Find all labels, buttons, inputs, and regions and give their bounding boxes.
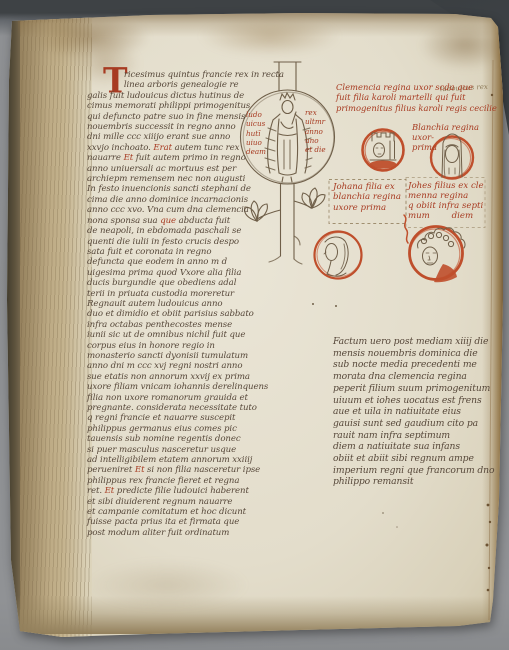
blanchia-label: Blanchia reginauxor-prima [412, 122, 478, 152]
book-binding-edge [7, 15, 22, 640]
king-label-left: ludouicushutīuiuodeam [246, 110, 274, 156]
parchment-stain [200, 16, 340, 56]
johanna-caption-block: Johana filia exblanchia reginauxore prim… [333, 182, 407, 213]
photo-of-manuscript-page: T ricesimus quintus francie rex in recta… [0, 0, 509, 650]
clemencia-caption: Clemencia regina uxor scda quefuit filia… [336, 82, 488, 113]
page-top-edge-stain [18, 13, 496, 37]
birth-death-paragraph: Factum uero post mediam xiiij diemensis … [333, 336, 489, 488]
parchment-stain [30, 14, 150, 60]
parchment-stain [88, 560, 248, 610]
king-label-right: rexultmrannounoet die [305, 108, 335, 154]
left-text-column: ricesimus quintus francie rex in recta l… [87, 70, 263, 538]
page-bottom-edge-shadow [12, 596, 494, 634]
parchment-stain [420, 20, 509, 70]
stacked-page-edges [20, 15, 92, 637]
johannes-caption-block: Johes filius ex clemenna reginaq obiit i… [408, 181, 488, 221]
